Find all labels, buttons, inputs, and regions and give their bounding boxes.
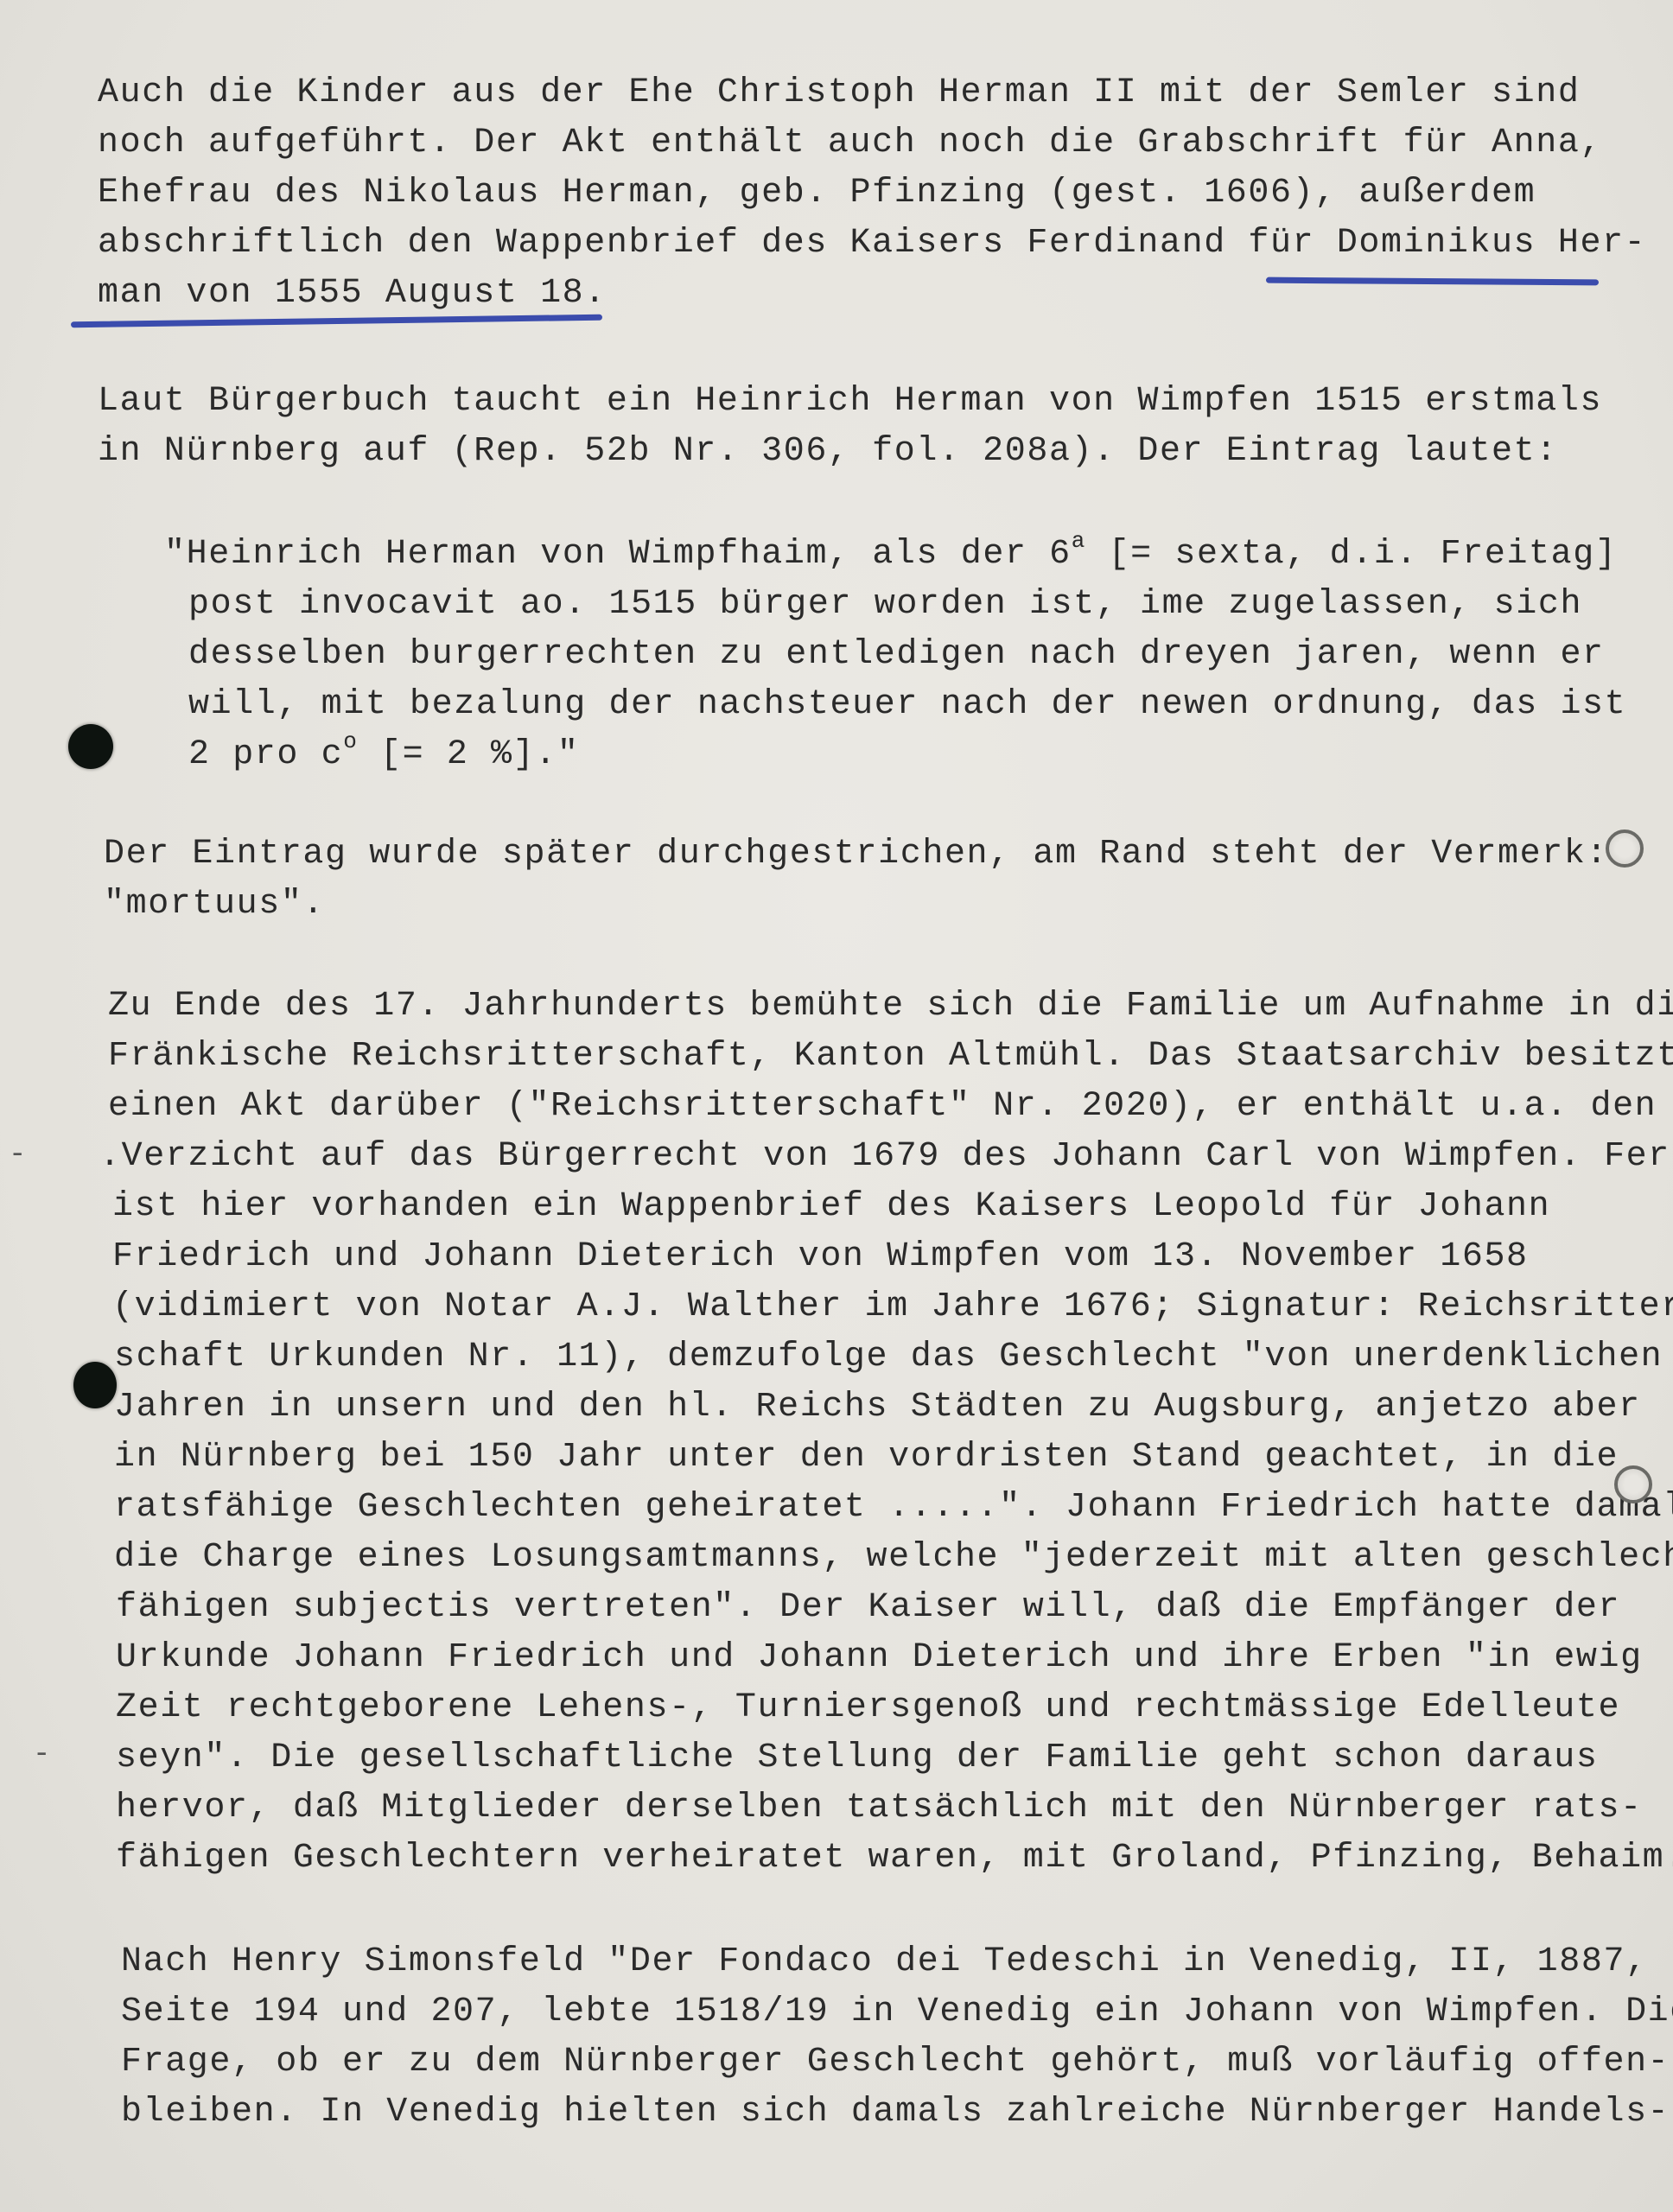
text-line: noch aufgeführt. Der Akt enthält auch no… (98, 126, 1602, 161)
margin-dash: - (33, 1738, 50, 1771)
text-line: abschriftlich den Wappenbrief des Kaiser… (98, 226, 1646, 261)
text-line: Seite 194 und 207, lebte 1518/19 in Vene… (121, 1995, 1673, 2030)
text-line: Zeit rechtgeborene Lehens-, Turniersgeno… (116, 1691, 1620, 1726)
text-line: ist hier vorhanden ein Wappenbrief des K… (112, 1190, 1550, 1224)
text-line: in Nürnberg auf (Rep. 52b Nr. 306, fol. … (98, 435, 1558, 469)
text-line: fähigen subjectis vertreten". Der Kaiser… (116, 1591, 1620, 1625)
ring-reinforcement-mark (1614, 1465, 1652, 1503)
pen-underline (1266, 277, 1599, 286)
text-line: "mortuus". (104, 887, 325, 922)
text-line: einen Akt darüber ("Reichsritterschaft" … (108, 1090, 1657, 1124)
text-line: schaft Urkunden Nr. 11), demzufolge das … (114, 1340, 1663, 1375)
text-line: Urkunde Johann Friedrich und Johann Diet… (116, 1641, 1643, 1675)
text-line: .Verzicht auf das Bürgerrecht von 1679 d… (99, 1140, 1673, 1174)
text-line: ratsfähige Geschlechten geheiratet .....… (114, 1491, 1673, 1525)
text-line: Frage, ob er zu dem Nürnberger Geschlech… (121, 2045, 1670, 2080)
text-line: Jahren in unsern und den hl. Reichs Städ… (114, 1390, 1641, 1425)
text-line: Fränkische Reichsritterschaft, Kanton Al… (108, 1039, 1673, 1074)
text-line: man von 1555 August 18. (98, 276, 607, 311)
text-line: bleiben. In Venedig hielten sich damals … (121, 2095, 1670, 2130)
text-line: in Nürnberg bei 150 Jahr unter den vordr… (114, 1440, 1619, 1475)
ring-reinforcement-mark (1606, 829, 1644, 868)
punch-hole (73, 1362, 117, 1408)
text-line: hervor, daß Mitglieder derselben tatsäch… (116, 1791, 1643, 1826)
text-line: die Charge eines Losungsamtmanns, welche… (114, 1541, 1673, 1575)
quote-line: will, mit bezalung der nachsteuer nach d… (188, 688, 1626, 722)
punch-hole (68, 724, 113, 769)
text-line: Ehefrau des Nikolaus Herman, geb. Pfinzi… (98, 176, 1536, 211)
text-line: Der Eintrag wurde später durchgestrichen… (104, 837, 1608, 872)
text-line: Friedrich und Johann Dieterich von Wimpf… (112, 1240, 1529, 1274)
quote-line: post invocavit ao. 1515 bürger worden is… (188, 588, 1582, 622)
text-line: seyn". Die gesellschaftliche Stellung de… (116, 1741, 1598, 1776)
pen-underline (71, 315, 602, 328)
text-line: fähigen Geschlechtern verheiratet waren,… (116, 1841, 1673, 1876)
quote-line: 2 pro co [= 2 %]." (188, 738, 579, 774)
text-line: (vidimiert von Notar A.J. Walther im Jah… (112, 1290, 1673, 1325)
quote-line: "Heinrich Herman von Wimpfhaim, als der … (164, 537, 1617, 574)
margin-dash: - (9, 1139, 26, 1172)
text-line: Zu Ende des 17. Jahrhunderts bemühte sic… (108, 989, 1673, 1024)
text-line: Auch die Kinder aus der Ehe Christoph He… (98, 76, 1580, 111)
text-line: Laut Bürgerbuch taucht ein Heinrich Herm… (98, 385, 1602, 419)
text-line: Nach Henry Simonsfeld "Der Fondaco dei T… (121, 1945, 1648, 1980)
typewritten-page: Auch die Kinder aus der Ehe Christoph He… (0, 0, 1673, 2212)
quote-line: desselben burgerrechten zu entledigen na… (188, 638, 1605, 672)
